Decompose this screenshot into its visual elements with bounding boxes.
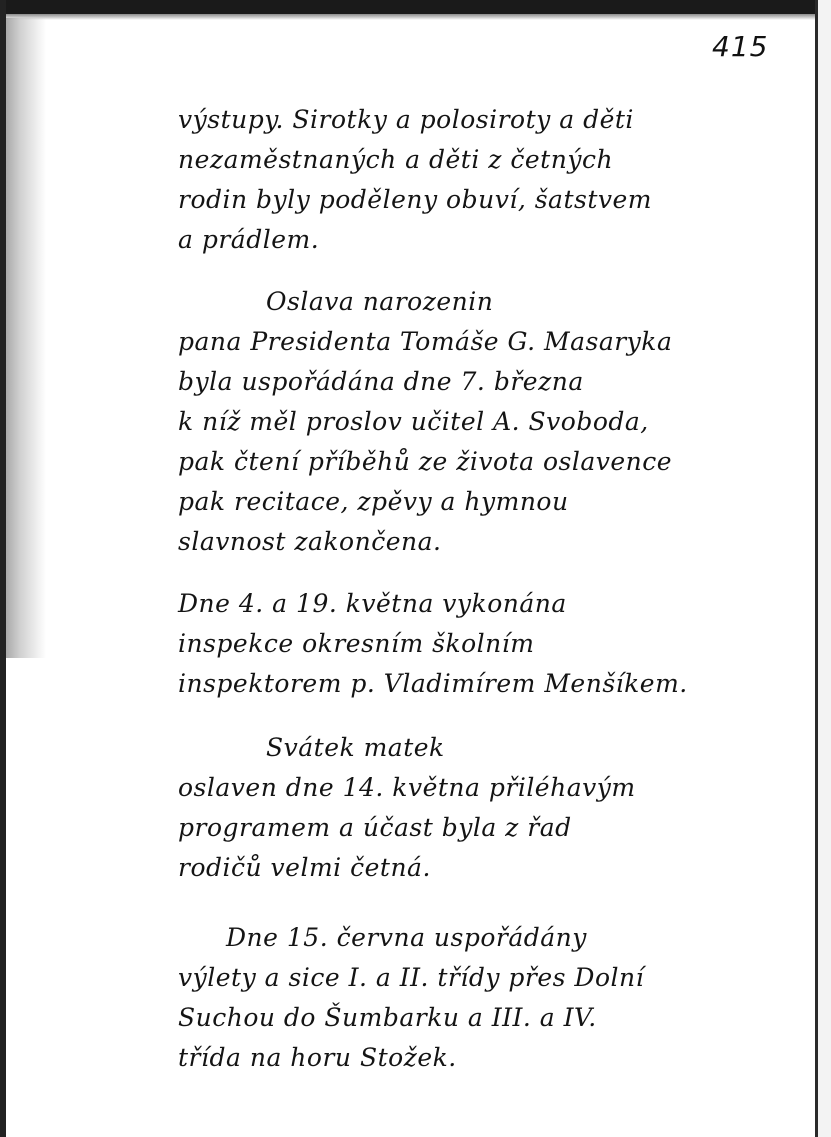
text-line: výstupy. Sirotky a polosiroty a děti: [178, 100, 652, 140]
text-line: Dne 15. června uspořádány: [178, 918, 644, 958]
section-heading: Oslava narozenin: [178, 282, 672, 322]
section-heading: Svátek matek: [178, 728, 636, 768]
text-line: inspektorem p. Vladimírem Menšíkem.: [178, 664, 688, 704]
text-line: k níž měl proslov učitel A. Svoboda,: [178, 402, 672, 442]
text-line: třída na horu Stožek.: [178, 1038, 644, 1078]
text-line: rodičů velmi četná.: [178, 848, 636, 888]
page-number: 415: [712, 30, 768, 63]
text-line: pana Presidenta Tomáše G. Masaryka: [178, 322, 672, 362]
text-line: pak čtení příběhů ze života oslavence: [178, 442, 672, 482]
paragraph-clothing-distribution: výstupy. Sirotky a polosiroty a děti nez…: [178, 100, 652, 260]
paragraph-school-trips: Dne 15. června uspořádány výlety a sice …: [178, 918, 644, 1078]
text-line: výlety a sice I. a II. třídy přes Dolní: [178, 958, 644, 998]
text-line: byla uspořádána dne 7. března: [178, 362, 672, 402]
text-line: nezaměstnaných a děti z četných: [178, 140, 652, 180]
text-line: a prádlem.: [178, 220, 652, 260]
paragraph-president-birthday: Oslava narozenin pana Presidenta Tomáše …: [178, 282, 672, 562]
text-line: Suchou do Šumbarku a III. a IV.: [178, 998, 644, 1038]
paragraph-inspection: Dne 4. a 19. května vykonána inspekce ok…: [178, 584, 688, 704]
text-line: oslaven dne 14. května přiléhavým: [178, 768, 636, 808]
text-line: pak recitace, zpěvy a hymnou: [178, 482, 672, 522]
text-line: rodin byly poděleny obuví, šatstvem: [178, 180, 652, 220]
scan-top-border: [0, 0, 831, 14]
scan-right-margin: [818, 0, 831, 1137]
scan-binding-shadow: [6, 18, 46, 658]
text-line: slavnost zakončena.: [178, 522, 672, 562]
text-line: programem a účast byla z řad: [178, 808, 636, 848]
paragraph-mothers-day: Svátek matek oslaven dne 14. května přil…: [178, 728, 636, 888]
text-line: inspekce okresním školním: [178, 624, 688, 664]
text-line: Dne 4. a 19. května vykonána: [178, 584, 688, 624]
